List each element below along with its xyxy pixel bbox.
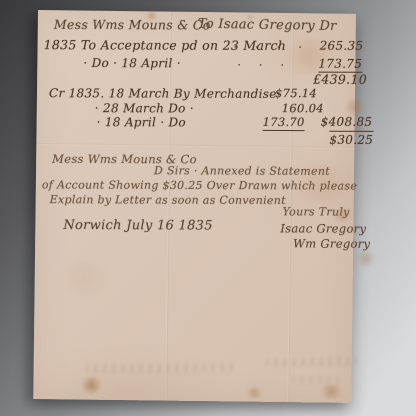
verso-ink-bleedthrough <box>266 356 358 367</box>
stain <box>355 250 377 267</box>
dr-row-dots: · · · <box>237 59 284 72</box>
cr-balance-overdrawn: $30.25 <box>329 131 373 147</box>
stain <box>333 208 351 223</box>
dr-addressee: Mess Wms Mouns & Co <box>54 17 211 33</box>
signature-isaac-gregory: Isaac Gregory <box>280 221 366 235</box>
cr-row-amount: $75.14 <box>275 86 317 100</box>
cr-total: $408.85 <box>321 115 373 129</box>
photo-of-document: { "photo": { "background_top_left_color"… <box>0 0 416 416</box>
stain <box>79 377 103 394</box>
cr-row-desc: · 28 March Do · <box>95 101 194 115</box>
verso-ink-bleedthrough <box>291 375 339 385</box>
dr-total: £439.10 <box>313 72 367 87</box>
foxing-patch <box>55 260 115 297</box>
stain <box>245 387 263 399</box>
cr-row-desc: Cr 1835. 18 March By Merchandise <box>49 86 277 101</box>
cr-row-amount-underlined: 173.70 <box>263 115 305 131</box>
verso-ink-bleedthrough <box>86 363 236 373</box>
letter-place-date: Norwich July 16 1835 <box>63 218 213 234</box>
cr-row-amount: 160.04 <box>282 101 324 115</box>
horizontal-fold-crease <box>36 143 354 149</box>
stain <box>353 124 365 134</box>
letter-line: Explain by Letter as soon as Convenient <box>50 193 286 207</box>
manuscript-paper: Mess Wms Mouns & Co To Isaac Gregory Dr … <box>33 10 356 403</box>
stain <box>246 15 254 21</box>
stain <box>146 11 158 20</box>
cr-row-desc: · 18 April · Do <box>97 115 186 129</box>
dr-row-desc: · Do · 18 April · <box>83 56 181 70</box>
foxing-patch <box>279 39 339 74</box>
stain <box>317 384 345 398</box>
foxing-patch <box>286 163 356 204</box>
signature-wm-gregory: Wm Gregory <box>293 236 370 250</box>
dr-heading-right: To Isaac Gregory Dr <box>198 17 337 34</box>
